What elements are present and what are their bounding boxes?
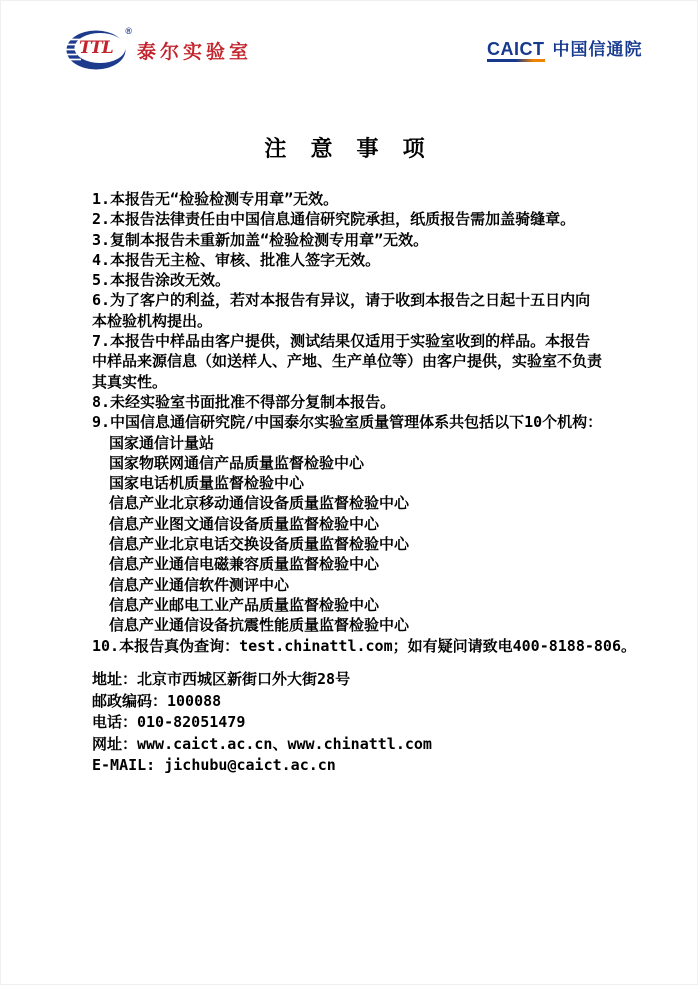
note-line: 9.中国信息通信研究院/中国泰尔实验室质量管理体系共包括以下10个机构： [92, 412, 672, 432]
contact-line: 地址：北京市西城区新街口外大街28号 [92, 669, 672, 691]
page-title: 注 意 事 项 [0, 132, 698, 163]
caict-underline-icon [487, 59, 545, 62]
note-line: 信息产业北京移动通信设备质量监督检验中心 [92, 493, 672, 513]
contact-block: 地址：北京市西城区新街口外大街28号邮政编码：100088电话：010-8205… [92, 669, 672, 777]
caict-name-cn: 中国信通院 [553, 41, 643, 58]
note-line: 3.复制本报告未重新加盖“检验检测专用章”无效。 [92, 230, 672, 250]
note-line: 1.本报告无“检验检测专用章”无效。 [92, 189, 672, 209]
ttl-lab-logo: TTL ® 泰尔实验室 [66, 30, 252, 70]
note-line: 5.本报告涂改无效。 [92, 270, 672, 290]
note-line: 国家通信计量站 [92, 433, 672, 453]
note-line: 4.本报告无主检、审核、批准人签字无效。 [92, 250, 672, 270]
note-line: 中样品来源信息（如送样人、产地、生产单位等）由客户提供，实验室不负责 [92, 351, 672, 371]
contact-line: 邮政编码：100088 [92, 691, 672, 713]
contact-line: 网址：www.caict.ac.cn、www.chinattl.com [92, 734, 672, 756]
ttl-wordmark: TTL [79, 38, 113, 58]
note-line: 8.未经实验室书面批准不得部分复制本报告。 [92, 392, 672, 412]
notice-list: 1.本报告无“检验检测专用章”无效。2.本报告法律责任由中国信息通信研究院承担，… [92, 189, 672, 656]
note-line: 其真实性。 [92, 372, 672, 392]
note-line: 信息产业北京电话交换设备质量监督检验中心 [92, 534, 672, 554]
registered-trademark-icon: ® [125, 26, 132, 36]
caict-wordmark: CAICT [487, 41, 545, 62]
note-line: 信息产业图文通信设备质量监督检验中心 [92, 514, 672, 534]
ttl-ellipse-icon: TTL ® [66, 30, 130, 70]
caict-logo: CAICT 中国信通院 [487, 41, 643, 62]
note-line: 7.本报告中样品由客户提供，测试结果仅适用于实验室收到的样品。本报告 [92, 331, 672, 351]
note-line: 6.为了客户的利益，若对本报告有异议，请于收到本报告之日起十五日内向 [92, 290, 672, 310]
caict-wordmark-text: CAICT [487, 39, 545, 59]
ttl-lab-name-cn: 泰尔实验室 [137, 37, 252, 64]
note-line: 信息产业邮电工业产品质量监督检验中心 [92, 595, 672, 615]
note-line: 本检验机构提出。 [92, 311, 672, 331]
contact-line: E-MAIL: jichubu@caict.ac.cn [92, 755, 672, 777]
note-line: 2.本报告法律责任由中国信息通信研究院承担，纸质报告需加盖骑缝章。 [92, 209, 672, 229]
note-line: 信息产业通信设备抗震性能质量监督检验中心 [92, 615, 672, 635]
notice-page: TTL ® 泰尔实验室 CAICT 中国信通院 注 意 事 项 1.本报告无“检… [0, 0, 698, 985]
note-line: 10.本报告真伪查询：test.chinattl.com；如有疑问请致电400-… [92, 636, 672, 656]
contact-line: 电话：010-82051479 [92, 712, 672, 734]
note-line: 国家电话机质量监督检验中心 [92, 473, 672, 493]
note-line: 国家物联网通信产品质量监督检验中心 [92, 453, 672, 473]
note-line: 信息产业通信软件测评中心 [92, 575, 672, 595]
note-line: 信息产业通信电磁兼容质量监督检验中心 [92, 554, 672, 574]
